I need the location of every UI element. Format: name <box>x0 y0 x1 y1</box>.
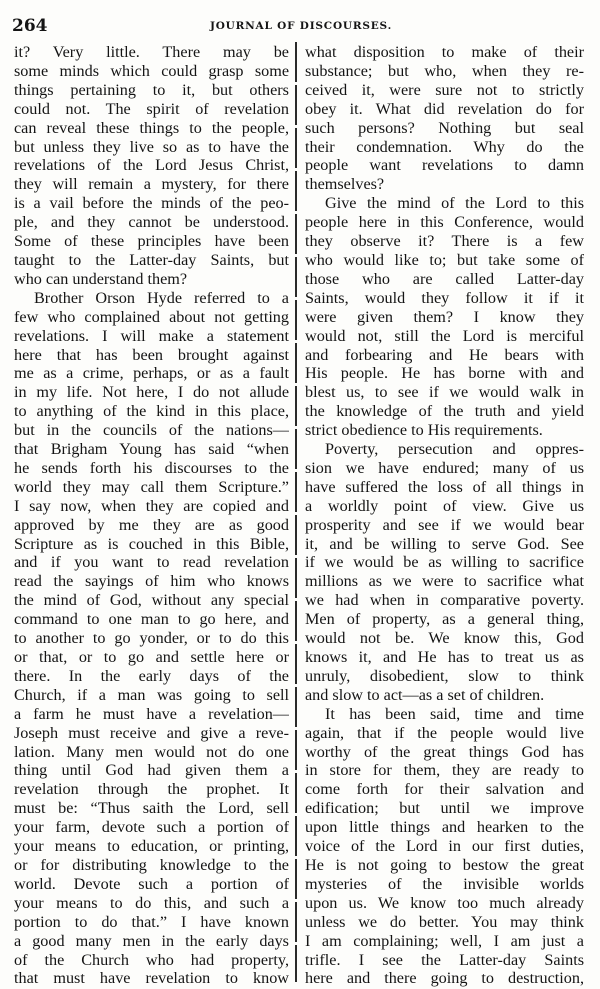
text-line: His people. He has borne with and <box>305 364 584 383</box>
text-line: they will remain a mystery, for there <box>14 175 289 194</box>
text-line: your means to do this, and such a <box>14 894 289 913</box>
text-line: a farm he must have a revelation— <box>14 705 289 724</box>
text-line: would not be. We know this, God <box>305 629 584 648</box>
text-line: command to one man to go here, and <box>14 610 289 629</box>
text-line: Church, if a man was going to sell <box>14 686 289 705</box>
text-line: and slow to act—as a set of children. <box>305 686 584 705</box>
text-line: your means to education, or printing, <box>14 837 289 856</box>
text-line: Men of property, as a general thing, <box>305 610 584 629</box>
text-line: worthy of the great things God has <box>305 743 584 762</box>
text-line: Saints, would they follow it if it <box>305 289 584 308</box>
text-line: trifle. I see the Latter-day Saints <box>305 951 584 970</box>
text-line: those who are called Latter-day <box>305 270 584 289</box>
text-line: upon little things and hearken to the <box>305 818 584 837</box>
text-line: approved by me they are as good <box>14 516 289 535</box>
text-line: if we would be as willing to sacrifice <box>305 553 584 572</box>
text-line: edification; but until we improve <box>305 799 584 818</box>
text-line: ple, and they cannot be understood. <box>14 213 289 232</box>
text-line: of the Church who had property, <box>14 951 289 970</box>
text-line: things pertaining to it, but others <box>14 81 289 100</box>
text-line: again, that if the people would live <box>305 724 584 743</box>
text-line: their condemnation. Why do the <box>305 138 584 157</box>
text-line: obey it. What did revelation do for <box>305 100 584 119</box>
text-line: were given them? I know they <box>305 308 584 327</box>
text-line: people want revelations to damn <box>305 156 584 175</box>
text-line: that must have revelation to know <box>14 969 289 988</box>
right-column: what disposition to make of theirsubstan… <box>305 43 584 988</box>
text-line: but in the councils of the nations— <box>14 421 289 440</box>
text-line: mysteries of the invisible worlds <box>305 875 584 894</box>
column-divider <box>295 42 297 982</box>
text-line: taught to the Latter-day Saints, but <box>14 251 289 270</box>
text-line: me as a crime, perhaps, or as a fault <box>14 364 289 383</box>
text-line: would not, still the Lord is merciful <box>305 327 584 346</box>
text-line: some minds which could grasp some <box>14 62 289 81</box>
text-line: to anything of the kind in this place, <box>14 402 289 421</box>
text-line: we had when in comparative poverty. <box>305 591 584 610</box>
text-line: I say now, when they are copied and <box>14 497 289 516</box>
text-line: unruly, disobedient, slow to think <box>305 667 584 686</box>
text-line: in my life. Not here, I do not allude <box>14 383 289 402</box>
text-line: such persons? Nothing but seal <box>305 119 584 138</box>
document-page: 264 JOURNAL OF DISCOURSES. it? Very litt… <box>0 0 600 989</box>
text-line: world they may call them Scripture.” <box>14 478 289 497</box>
text-line: Brother Orson Hyde referred to a <box>14 289 289 308</box>
text-line: people here in this Conference, would <box>305 213 584 232</box>
text-line: who can understand them? <box>14 270 289 289</box>
text-line: they observe it? There is a few <box>305 232 584 251</box>
text-line: there. In the early days of the <box>14 667 289 686</box>
text-line: He is not going to bestow the great <box>305 856 584 875</box>
text-line: the mind of God, without any special <box>14 591 289 610</box>
text-line: that Brigham Young has said “when <box>14 440 289 459</box>
text-line: here that has been brought against <box>14 346 289 365</box>
text-line: thing until God had given them a <box>14 761 289 780</box>
text-line: the knowledge of the truth and yield <box>305 402 584 421</box>
text-line: Joseph must receive and give a reve- <box>14 724 289 743</box>
text-line: blest us, to see if we would walk in <box>305 383 584 402</box>
text-line: revelations. I will make a statement <box>14 327 289 346</box>
text-line: revelations of the Lord Jesus Christ, <box>14 156 289 175</box>
text-line: what disposition to make of their <box>305 43 584 62</box>
text-line: few who complained about not getting <box>14 308 289 327</box>
text-line: strict obedience to His requirements. <box>305 421 584 440</box>
text-line: revelation through the prophet. It <box>14 780 289 799</box>
text-line: Poverty, persecution and oppres- <box>305 440 584 459</box>
text-line: can reveal these things to the people, <box>14 119 289 138</box>
text-line: here and there going to destruction, <box>305 969 584 988</box>
text-line: unless we do better. You may think <box>305 913 584 932</box>
text-line: Some of these principles have been <box>14 232 289 251</box>
text-line: a worldly point of view. Give us <box>305 497 584 516</box>
text-line: portion to do that.” I have known <box>14 913 289 932</box>
text-line: upon us. We know too much already <box>305 894 584 913</box>
page-header: 264 JOURNAL OF DISCOURSES. <box>12 16 590 36</box>
text-line: but unless they live so as to have the <box>14 138 289 157</box>
text-line: have suffered the loss of all things in <box>305 478 584 497</box>
text-line: and if you want to read revelation <box>14 553 289 572</box>
text-line: it, and be willing to serve God. See <box>305 535 584 554</box>
text-line: or that, or to go and settle here or <box>14 648 289 667</box>
text-line: Scripture as is couched in this Bible, <box>14 535 289 554</box>
text-line: who would like to; but take some of <box>305 251 584 270</box>
text-line: Give the mind of the Lord to this <box>305 194 584 213</box>
text-line: a good many men in the early days <box>14 932 289 951</box>
text-line: in store for them, they are ready to <box>305 761 584 780</box>
text-line: It has been said, time and time <box>305 705 584 724</box>
text-line: it? Very little. There may be <box>14 43 289 62</box>
text-line: and forbearing and He bears with <box>305 346 584 365</box>
left-column: it? Very little. There may besome minds … <box>14 43 289 988</box>
text-line: come forth for their salvation and <box>305 780 584 799</box>
text-line: I am complaining; well, I am just a <box>305 932 584 951</box>
text-line: millions as we were to sacrifice what <box>305 572 584 591</box>
text-line: sion we have endured; many of us <box>305 459 584 478</box>
text-line: knows it, and He has to treat us as <box>305 648 584 667</box>
text-line: read the sayings of him who knows <box>14 572 289 591</box>
text-line: is a vail before the minds of the peo- <box>14 194 289 213</box>
text-line: ceived it, were sure not to strictly <box>305 81 584 100</box>
text-line: or for distributing knowledge to the <box>14 856 289 875</box>
text-line: your farm, devote such a portion of <box>14 818 289 837</box>
text-line: voice of the Lord in our first duties, <box>305 837 584 856</box>
text-line: world. Devote such a portion of <box>14 875 289 894</box>
text-line: he sends forth his discourses to the <box>14 459 289 478</box>
text-line: could not. The spirit of revelation <box>14 100 289 119</box>
text-line: must be: “Thus saith the Lord, sell <box>14 799 289 818</box>
text-line: themselves? <box>305 175 584 194</box>
running-head: JOURNAL OF DISCOURSES. <box>12 20 590 32</box>
text-line: to another to go yonder, or to do this <box>14 629 289 648</box>
text-line: lation. Many men would not do one <box>14 743 289 762</box>
text-line: prosperity and see if we would bear <box>305 516 584 535</box>
text-line: substance; but who, when they re- <box>305 62 584 81</box>
